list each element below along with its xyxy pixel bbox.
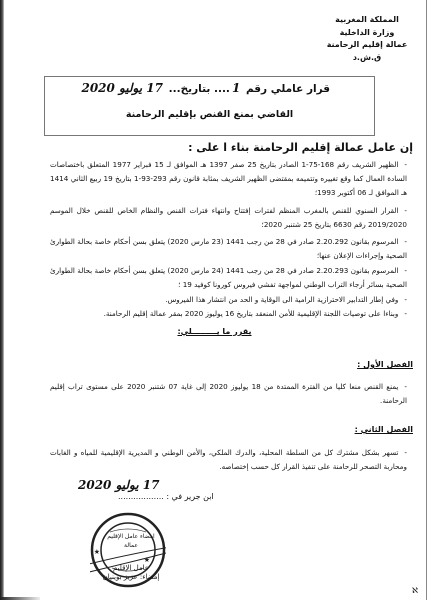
consideration-1: -الظهير الشريف رقم 168-75-1 الصادر بتاري… (50, 158, 407, 200)
title-prefix: قرار عاملي رقم (246, 83, 330, 95)
page-mark: ℵ (412, 586, 418, 595)
consideration-5: -وفي إطار التدابير الاحترازية الرامية ال… (50, 293, 407, 307)
consideration-2: -القرار السنوي للقنص بالمغرب المنظم لفتر… (50, 204, 407, 232)
decision-title: قرار عاملي رقم 1.... بتاريخ... 17 يوليو … (79, 81, 330, 95)
chapter-2-title: الفصل الثاني : (355, 425, 413, 434)
decision-title-box: قرار عاملي رقم 1.... بتاريخ... 17 يوليو … (44, 76, 375, 136)
decision-number: 1 (232, 81, 240, 95)
date-label: بتاريخ... (169, 83, 211, 95)
number-dots: .... (214, 83, 230, 95)
letterhead-ministry: وزارة الداخلية (321, 27, 413, 40)
letterhead: المملكة المغربية وزارة الداخلية عمالة إق… (321, 14, 413, 64)
consideration-4: -المرسوم بقانون 2.20.293 صادر في 28 من ر… (50, 264, 407, 292)
consideration-3: -المرسوم بقانون 2.20.292 صادر في 28 من ر… (50, 235, 407, 263)
decision-date: 17 يوليو 2020 (81, 81, 162, 95)
letterhead-prefecture: عمالة إقليم الرحامنة (321, 39, 413, 52)
signature-place: ابن جرير في : .................. (118, 492, 214, 501)
stamp-text: امضاء عامل الإقليم عمالة عامل الإقليم إم… (96, 532, 166, 582)
signature-date: 17 يوليو 2020 (78, 478, 159, 492)
chapter-1-text: -يمنع القنص منعا كليا من الفترة الممتدة … (50, 380, 407, 408)
document-page: المملكة المغربية وزارة الداخلية عمالة إق… (0, 0, 429, 600)
letterhead-kingdom: المملكة المغربية (321, 14, 413, 27)
letterhead-division: ق.ش.د (321, 52, 413, 65)
chapter-2-text: -تسهر بشكل مشترك كل من السلطة المحلية، و… (50, 446, 407, 474)
decision-subtitle: القاضي بمنع القنص بإقليم الرحامنة (45, 109, 374, 120)
intro-heading: إن عامل عمالة إقليم الرحامنة بناء ا على … (188, 141, 413, 154)
chapter-1-title: الفصل الأول : (357, 360, 413, 369)
consideration-6: -وبناءا على توصيات اللجنة الإقليمية للأم… (50, 307, 407, 321)
decides-heading: يقرر ما يـــــــــلي: (0, 327, 429, 336)
